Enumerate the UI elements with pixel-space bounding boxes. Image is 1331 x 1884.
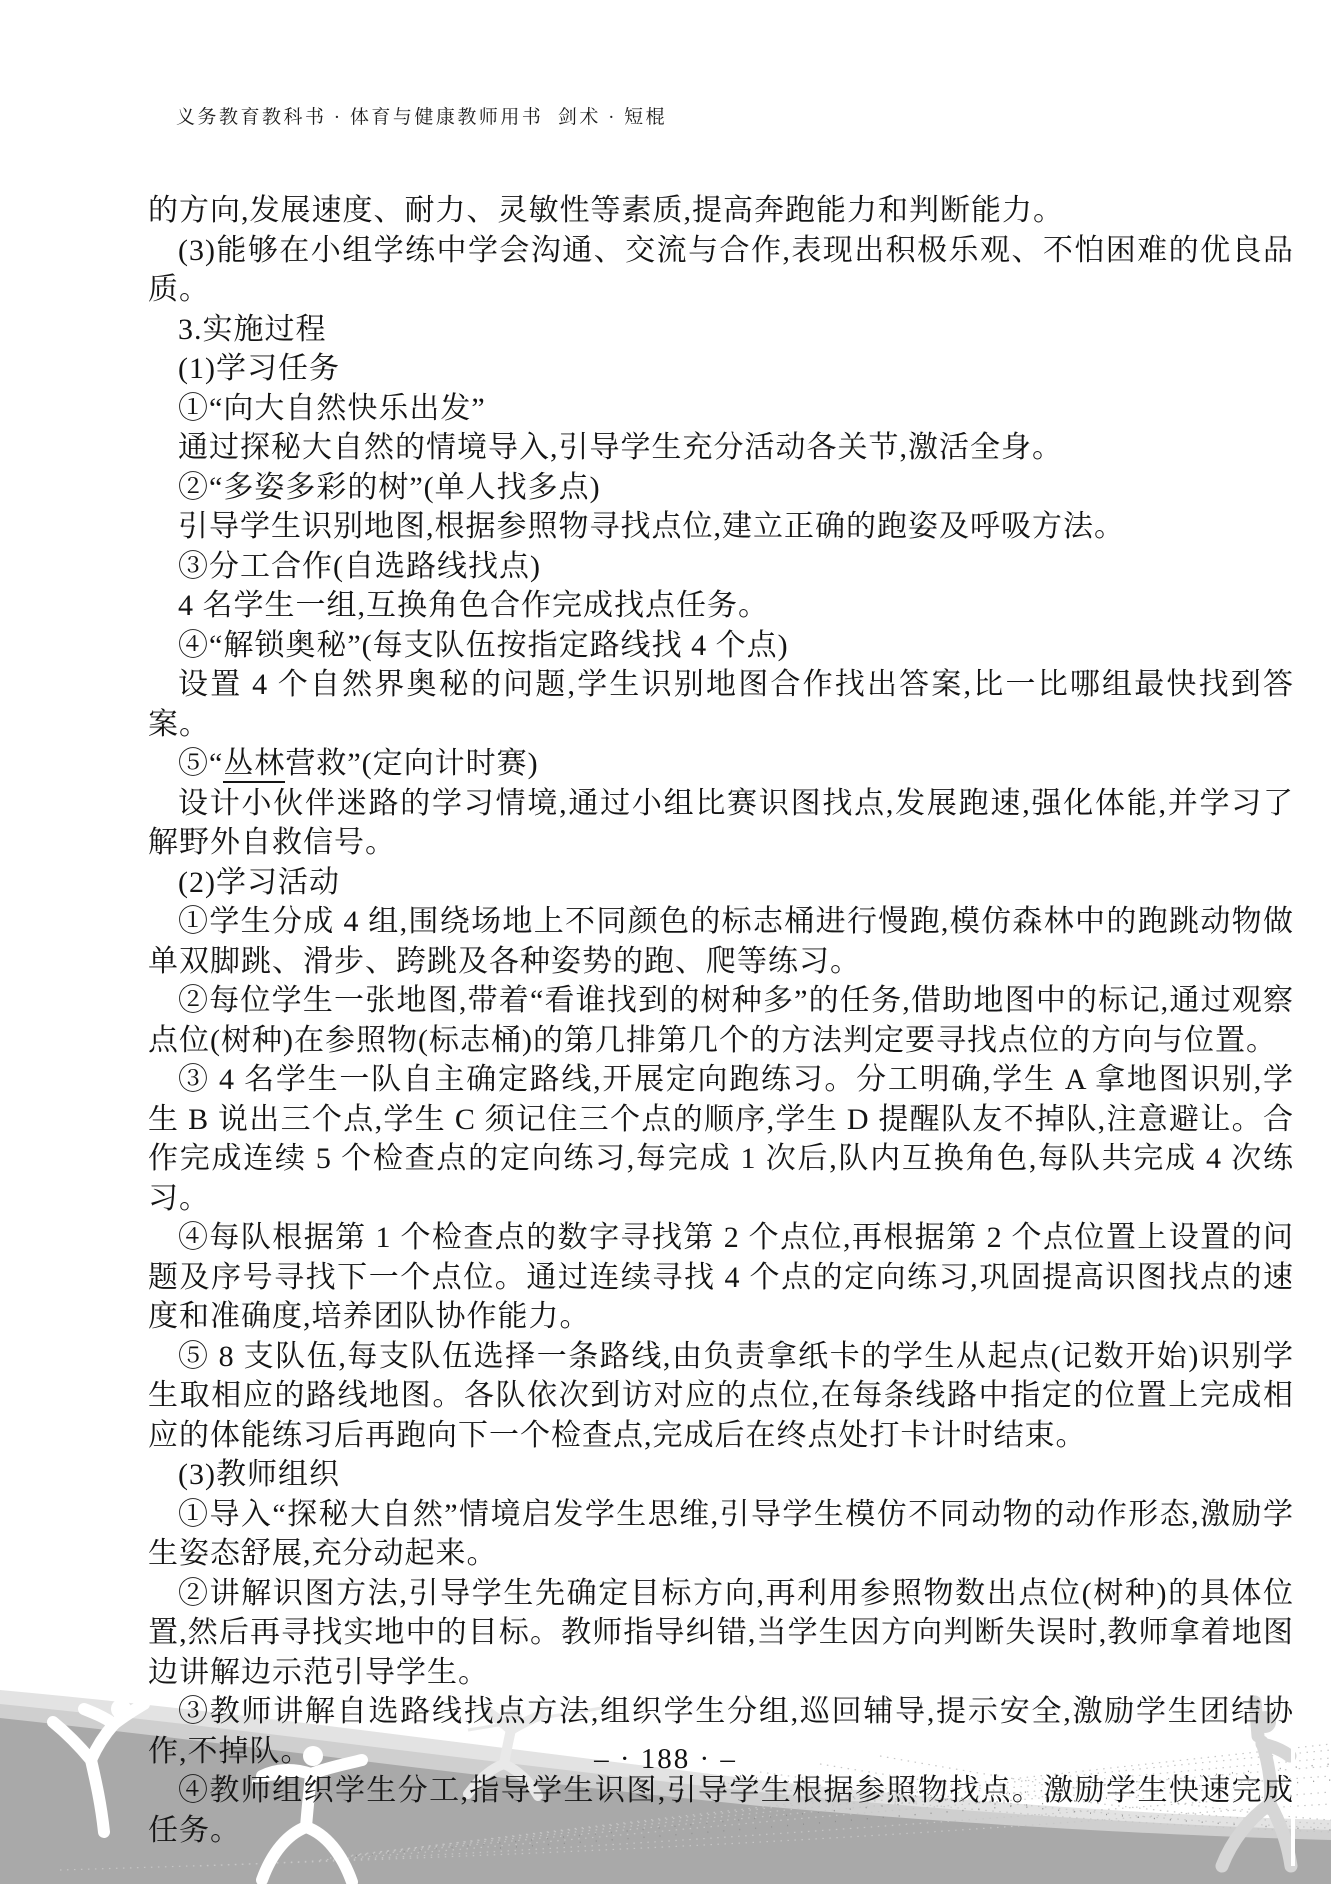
paragraph: 4 名学生一组,互换角色合作完成找点任务。 — [148, 586, 1294, 626]
paragraph: ⑤ 8 支队伍,每支队伍选择一条路线,由负责拿纸卡的学生从起点(记数开始)识别学… — [148, 1337, 1294, 1456]
paragraph: ①“向大自然快乐出发” — [148, 389, 1294, 429]
paragraph-jungle-rescue: ⑤“丛林营救”(定向计时赛) — [148, 744, 1294, 784]
subsection-heading: (3)教师组织 — [148, 1455, 1294, 1495]
section-heading: 3.实施过程 — [148, 310, 1294, 350]
subsection-heading: (2)学习活动 — [148, 863, 1294, 903]
paragraph: ②“多姿多彩的树”(单人找多点) — [148, 468, 1294, 508]
body-text: 的方向,发展速度、耐力、灵敏性等素质,提高奔跑能力和判断能力。 (3)能够在小组… — [148, 191, 1294, 1850]
subsection-heading: (1)学习任务 — [148, 349, 1294, 389]
running-head: 义务教育教科书 · 体育与健康教师用书 剑术 · 短棍 — [176, 102, 667, 129]
paragraph: (3)能够在小组学练中学会沟通、交流与合作,表现出积极乐观、不怕困难的优良品质。 — [148, 231, 1294, 310]
paragraph: ②每位学生一张地图,带着“看谁找到的树种多”的任务,借助地图中的标记,通过观察点… — [148, 981, 1294, 1060]
paragraph: 设置 4 个自然界奥秘的问题,学生识别地图合作找出答案,比一比哪组最快找到答案。 — [148, 665, 1294, 744]
textbook-page: 义务教育教科书 · 体育与健康教师用书 剑术 · 短棍 的方向,发展速度、耐力、… — [0, 0, 1331, 1884]
paragraph: 设计小伙伴迷路的学习情境,通过小组比赛识图找点,发展跑速,强化体能,并学习了解野… — [148, 784, 1294, 863]
page-number: – · 188 · – — [0, 1743, 1331, 1776]
paragraph: ④教师组织学生分工,指导学生识图,引导学生根据参照物找点。激励学生快速完成任务。 — [148, 1771, 1294, 1850]
paragraph: ③ 4 名学生一队自主确定路线,开展定向跑练习。分工明确,学生 A 拿地图识别,… — [148, 1060, 1294, 1218]
paragraph: ④每队根据第 1 个检查点的数字寻找第 2 个点位,再根据第 2 个点位置上设置… — [148, 1218, 1294, 1337]
paragraph: ①导入“探秘大自然”情境启发学生思维,引导学生模仿不同动物的动作形态,激励学生姿… — [148, 1495, 1294, 1574]
paragraph-text: ⑤“ — [178, 747, 223, 780]
paragraph: 的方向,发展速度、耐力、灵敏性等素质,提高奔跑能力和判断能力。 — [148, 191, 1294, 231]
paragraph-text: 营救”(定向计时赛) — [285, 747, 538, 780]
paragraph: ④“解锁奥秘”(每支队伍按指定路线找 4 个点) — [148, 626, 1294, 666]
paragraph: 通过探秘大自然的情境导入,引导学生充分活动各关节,激活全身。 — [148, 428, 1294, 468]
paragraph: ③分工合作(自选路线找点) — [148, 547, 1294, 587]
silhouette-head — [111, 1699, 131, 1719]
paragraph: 引导学生识别地图,根据参照物寻找点位,建立正确的跑姿及呼吸方法。 — [148, 507, 1294, 547]
paragraph: ①学生分成 4 组,围绕场地上不同颜色的标志桶进行慢跑,模仿森林中的跑跳动物做单… — [148, 902, 1294, 981]
paragraph: ②讲解识图方法,引导学生先确定目标方向,再利用参照物数出点位(树种)的具体位置,… — [148, 1574, 1294, 1693]
underlined-term: 丛林 — [223, 747, 285, 783]
